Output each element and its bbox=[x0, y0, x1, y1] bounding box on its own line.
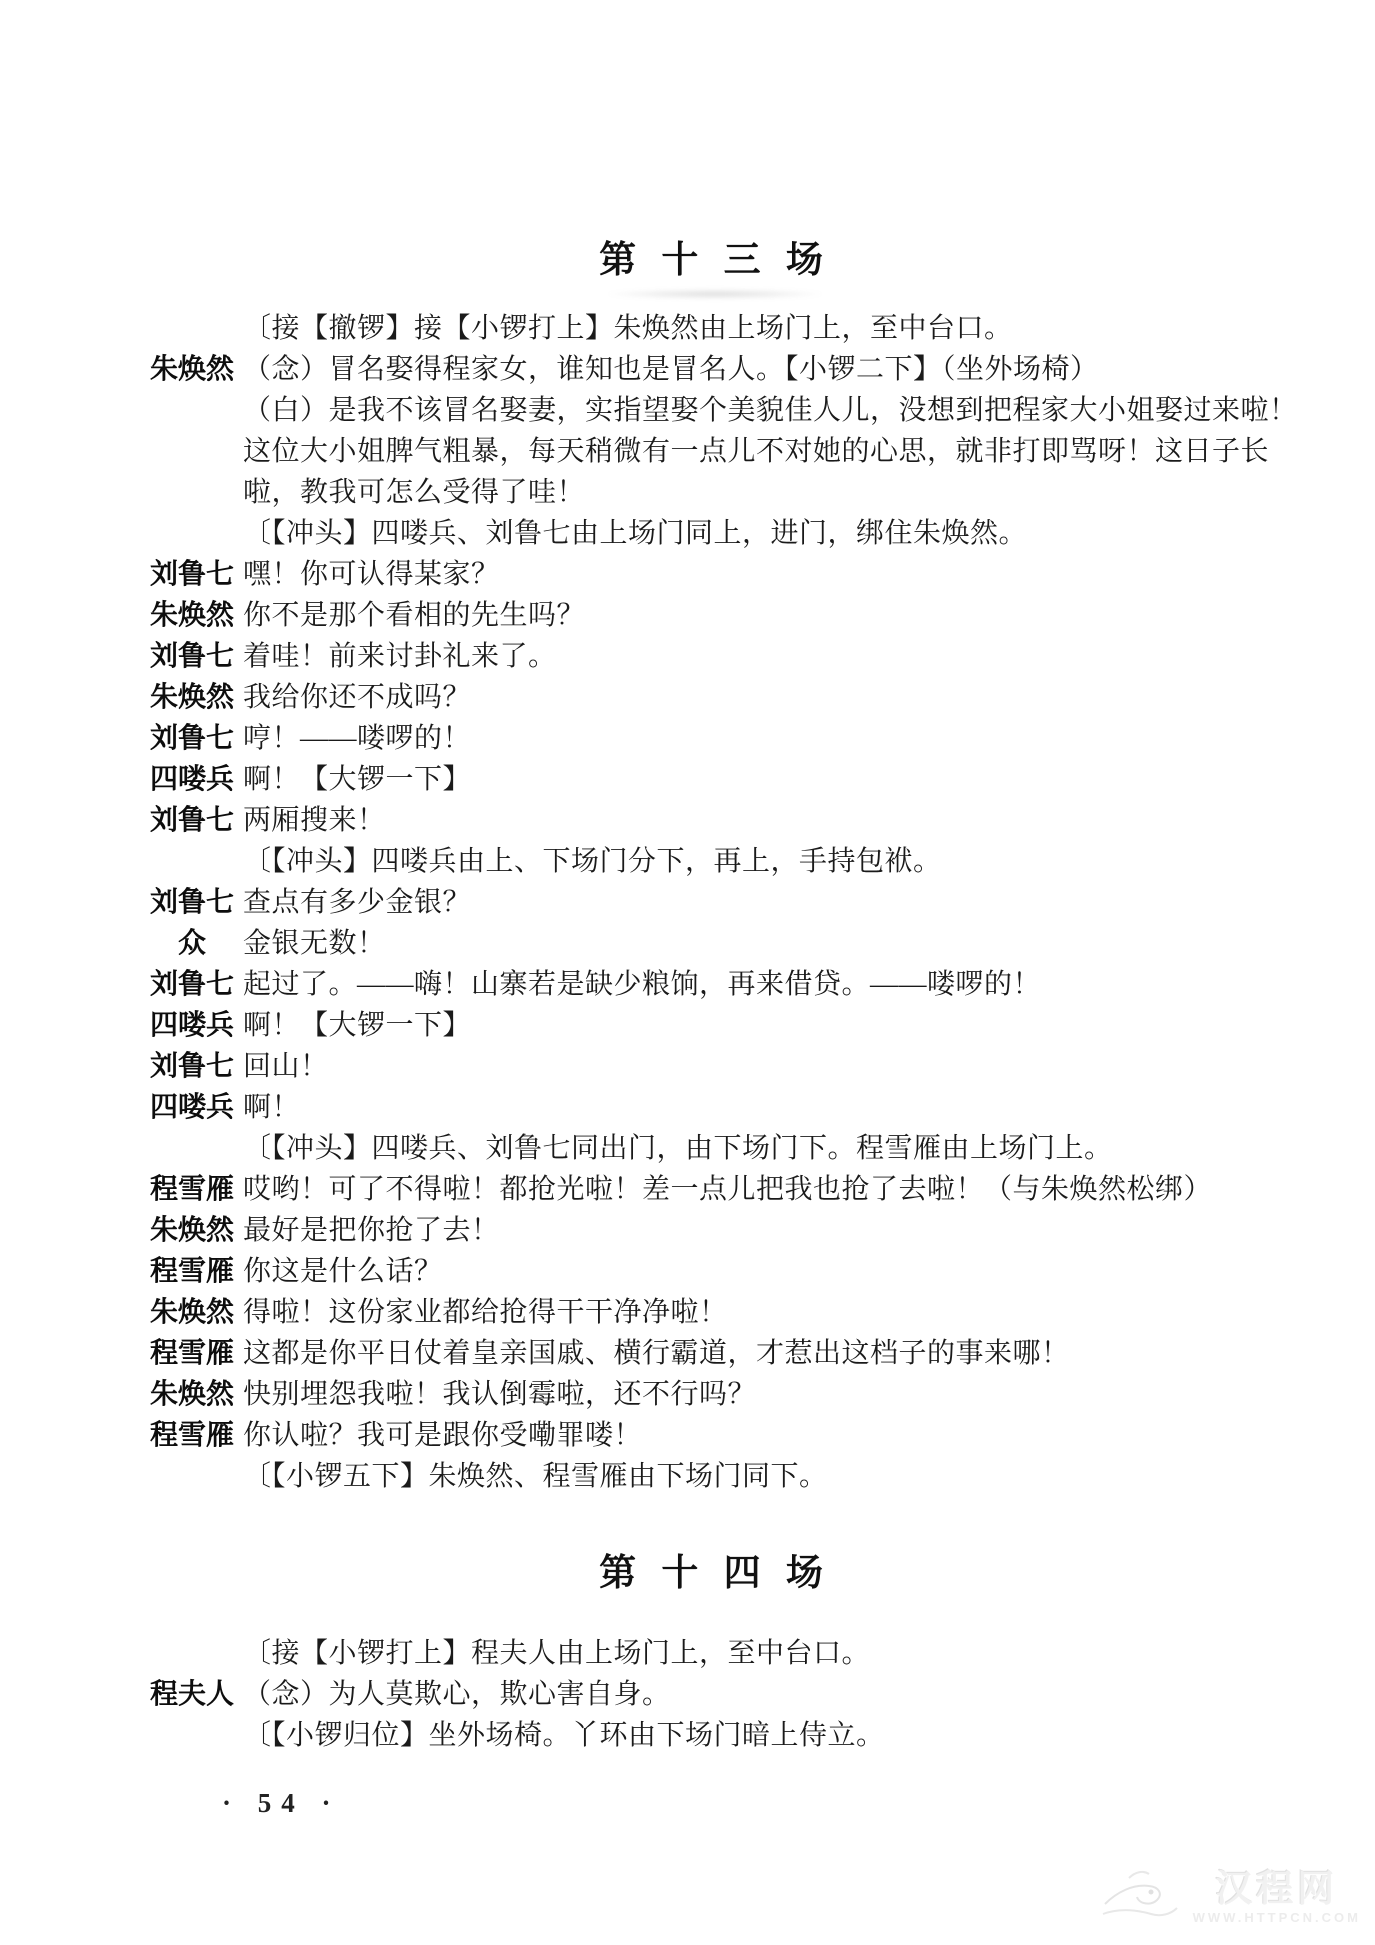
speaker-name: 四喽兵 bbox=[150, 759, 234, 800]
dialogue-line: 刘鲁七起过了。——嗨！山寨若是缺少粮饷，再来借贷。——喽啰的！ bbox=[150, 964, 1290, 1005]
speaker-name bbox=[150, 513, 234, 554]
watermark-text-block: 汉程网 WWW.HTTPCN.COM bbox=[1193, 1870, 1361, 1925]
dialogue-continuation: （白）是我不该冒名娶妻，实指望娶个美貌佳人儿，没想到把程家大小姐娶过来啦！ bbox=[150, 390, 1290, 431]
speaker-name: 四喽兵 bbox=[150, 1087, 234, 1128]
speaker-name bbox=[150, 1715, 234, 1756]
stage-direction: 〔【冲头】四喽兵由上、下场门分下，再上，手持包袱。 bbox=[150, 841, 1290, 882]
speaker-name: 刘鲁七 bbox=[150, 636, 234, 677]
line-text: 啊！【大锣一下】 bbox=[243, 759, 471, 800]
scene-14-title: 第 十 四 场 bbox=[150, 1553, 1280, 1595]
dialogue-line: 朱焕然我给你还不成吗？ bbox=[150, 677, 1290, 718]
dialogue-line: 刘鲁七嘿！你可认得某家？ bbox=[150, 554, 1290, 595]
speaker-name: 刘鲁七 bbox=[150, 554, 234, 595]
dialogue-line: 刘鲁七查点有多少金银？ bbox=[150, 882, 1290, 923]
watermark-site-name: 汉程网 bbox=[1215, 1870, 1338, 1910]
stage-direction: 〔【小锣五下】朱焕然、程雪雁由下场门同下。 bbox=[150, 1456, 1290, 1497]
speaker-name: 众 bbox=[150, 923, 234, 964]
dragon-swirl-icon bbox=[1099, 1864, 1187, 1931]
line-text: 最好是把你抢了去！ bbox=[243, 1210, 500, 1251]
dialogue-line: 程夫人（念）为人莫欺心，欺心害自身。 bbox=[150, 1674, 1290, 1715]
dialogue-line: 四喽兵啊！ bbox=[150, 1087, 1290, 1128]
line-text: 哼！——喽啰的！ bbox=[243, 718, 471, 759]
line-text: 起过了。——嗨！山寨若是缺少粮饷，再来借贷。——喽啰的！ bbox=[243, 964, 1041, 1005]
line-text: 啊！ bbox=[243, 1087, 300, 1128]
speaker-name: 朱焕然 bbox=[150, 1210, 234, 1251]
line-text: 得啦！这份家业都给抢得干干净净啦！ bbox=[243, 1292, 728, 1333]
scene-13-title: 第 十 三 场 bbox=[150, 240, 1280, 282]
watermark-site-url: WWW.HTTPCN.COM bbox=[1193, 1910, 1361, 1925]
line-text: 你不是那个看相的先生吗？ bbox=[243, 595, 585, 636]
dialogue-line: 朱焕然快别埋怨我啦！我认倒霉啦，还不行吗？ bbox=[150, 1374, 1290, 1415]
dialogue-line: 众金银无数！ bbox=[150, 923, 1290, 964]
speaker-name bbox=[150, 1633, 234, 1674]
speaker-name bbox=[150, 472, 234, 513]
dialogue-line: 四喽兵啊！【大锣一下】 bbox=[150, 1005, 1290, 1046]
dialogue-continuation: 这位大小姐脾气粗暴，每天稍微有一点儿不对她的心思，就非打即骂呀！这日子长 bbox=[150, 431, 1290, 472]
scene-14: 第 十 四 场 〔接【小锣打上】程夫人由上场门上，至中台口。 程夫人（念）为人莫… bbox=[150, 1553, 1290, 1756]
line-text: 〔接【撤锣】接【小锣打上】朱焕然由上场门上，至中台口。 bbox=[243, 308, 1013, 349]
dialogue-line: 刘鲁七两厢搜来！ bbox=[150, 800, 1290, 841]
line-text: 〔【小锣归位】坐外场椅。丫环由下场门暗上侍立。 bbox=[243, 1715, 885, 1756]
dialogue-line: 程雪雁这都是你平日仗着皇亲国戚、横行霸道，才惹出这档子的事来哪！ bbox=[150, 1333, 1290, 1374]
line-text: 〔接【小锣打上】程夫人由上场门上，至中台口。 bbox=[243, 1633, 870, 1674]
line-text: 我给你还不成吗？ bbox=[243, 677, 471, 718]
stage-direction: 〔接【小锣打上】程夫人由上场门上，至中台口。 bbox=[150, 1633, 1290, 1674]
stage-direction: 〔接【撤锣】接【小锣打上】朱焕然由上场门上，至中台口。 bbox=[150, 308, 1290, 349]
line-text: 哎哟！可了不得啦！都抢光啦！差一点儿把我也抢了去啦！（与朱焕然松绑） bbox=[243, 1169, 1212, 1210]
line-text: 〔【小锣五下】朱焕然、程雪雁由下场门同下。 bbox=[243, 1456, 828, 1497]
speaker-name: 刘鲁七 bbox=[150, 718, 234, 759]
page-number: · 54 · bbox=[222, 1788, 341, 1819]
speaker-name bbox=[150, 308, 234, 349]
scene-13: 第 十 三 场 〔接【撤锣】接【小锣打上】朱焕然由上场门上，至中台口。 朱焕然（… bbox=[150, 240, 1290, 1497]
dialogue-line: 程雪雁你认啦？我可是跟你受嘞罪喽！ bbox=[150, 1415, 1290, 1456]
page-content: 第 十 三 场 〔接【撤锣】接【小锣打上】朱焕然由上场门上，至中台口。 朱焕然（… bbox=[150, 240, 1290, 1756]
speaker-name: 程雪雁 bbox=[150, 1333, 234, 1374]
speaker-name bbox=[150, 1128, 234, 1169]
dialogue-line: 程雪雁哎哟！可了不得啦！都抢光啦！差一点儿把我也抢了去啦！（与朱焕然松绑） bbox=[150, 1169, 1290, 1210]
stage-direction: 〔【冲头】四喽兵、刘鲁七由上场门同上，进门，绑住朱焕然。 bbox=[150, 513, 1290, 554]
stage-direction: 〔【小锣归位】坐外场椅。丫环由下场门暗上侍立。 bbox=[150, 1715, 1290, 1756]
line-text: 啊！【大锣一下】 bbox=[243, 1005, 471, 1046]
speaker-name bbox=[150, 431, 234, 472]
line-text: 啦，教我可怎么受得了哇！ bbox=[243, 472, 585, 513]
speaker-name bbox=[150, 390, 234, 431]
line-text: （念）为人莫欺心，欺心害自身。 bbox=[243, 1674, 671, 1715]
speaker-name: 刘鲁七 bbox=[150, 800, 234, 841]
line-text: 这都是你平日仗着皇亲国戚、横行霸道，才惹出这档子的事来哪！ bbox=[243, 1333, 1070, 1374]
dialogue-continuation: 啦，教我可怎么受得了哇！ bbox=[150, 472, 1290, 513]
line-text: 金银无数！ bbox=[243, 923, 386, 964]
line-text: 嘿！你可认得某家？ bbox=[243, 554, 500, 595]
dialogue-line: 刘鲁七哼！——喽啰的！ bbox=[150, 718, 1290, 759]
line-text: 你这是什么话？ bbox=[243, 1251, 443, 1292]
dialogue-line: 刘鲁七着哇！前来讨卦礼来了。 bbox=[150, 636, 1290, 677]
speaker-name: 程雪雁 bbox=[150, 1251, 234, 1292]
speaker-name: 刘鲁七 bbox=[150, 1046, 234, 1087]
dialogue-line: 刘鲁七回山！ bbox=[150, 1046, 1290, 1087]
dialogue-line: 朱焕然你不是那个看相的先生吗？ bbox=[150, 595, 1290, 636]
stage-direction: 〔【冲头】四喽兵、刘鲁七同出门，由下场门下。程雪雁由上场门上。 bbox=[150, 1128, 1290, 1169]
line-text: 〔【冲头】四喽兵、刘鲁七同出门，由下场门下。程雪雁由上场门上。 bbox=[243, 1128, 1113, 1169]
dialogue-line: 朱焕然得啦！这份家业都给抢得干干净净啦！ bbox=[150, 1292, 1290, 1333]
speaker-name bbox=[150, 1456, 234, 1497]
speaker-name bbox=[150, 841, 234, 882]
dialogue-line: 朱焕然（念）冒名娶得程家女，谁知也是冒名人。【小锣二下】（坐外场椅） bbox=[150, 349, 1290, 390]
speaker-name: 刘鲁七 bbox=[150, 882, 234, 923]
dialogue-line: 朱焕然最好是把你抢了去！ bbox=[150, 1210, 1290, 1251]
script-page: 第 十 三 场 〔接【撤锣】接【小锣打上】朱焕然由上场门上，至中台口。 朱焕然（… bbox=[0, 0, 1375, 1945]
line-text: 快别埋怨我啦！我认倒霉啦，还不行吗？ bbox=[243, 1374, 756, 1415]
scene-13-lines: 〔接【撤锣】接【小锣打上】朱焕然由上场门上，至中台口。 朱焕然（念）冒名娶得程家… bbox=[150, 308, 1290, 1497]
speaker-name: 程夫人 bbox=[150, 1674, 234, 1715]
scene-14-lines: 〔接【小锣打上】程夫人由上场门上，至中台口。 程夫人（念）为人莫欺心，欺心害自身… bbox=[150, 1633, 1290, 1756]
line-text: 查点有多少金银？ bbox=[243, 882, 471, 923]
line-text: （白）是我不该冒名娶妻，实指望娶个美貌佳人儿，没想到把程家大小姐娶过来啦！ bbox=[243, 390, 1298, 431]
line-text: 两厢搜来！ bbox=[243, 800, 386, 841]
line-text: 〔【冲头】四喽兵、刘鲁七由上场门同上，进门，绑住朱焕然。 bbox=[243, 513, 1027, 554]
speaker-name: 朱焕然 bbox=[150, 1292, 234, 1333]
line-text: 你认啦？我可是跟你受嘞罪喽！ bbox=[243, 1415, 642, 1456]
line-text: （念）冒名娶得程家女，谁知也是冒名人。【小锣二下】（坐外场椅） bbox=[243, 349, 1099, 390]
speaker-name: 朱焕然 bbox=[150, 1374, 234, 1415]
speaker-name: 四喽兵 bbox=[150, 1005, 234, 1046]
speaker-name: 朱焕然 bbox=[150, 595, 234, 636]
line-text: 这位大小姐脾气粗暴，每天稍微有一点儿不对她的心思，就非打即骂呀！这日子长 bbox=[243, 431, 1269, 472]
speaker-name: 朱焕然 bbox=[150, 677, 234, 718]
speaker-name: 朱焕然 bbox=[150, 349, 234, 390]
line-text: 着哇！前来讨卦礼来了。 bbox=[243, 636, 557, 677]
line-text: 回山！ bbox=[243, 1046, 329, 1087]
speaker-name: 刘鲁七 bbox=[150, 964, 234, 1005]
line-text: 〔【冲头】四喽兵由上、下场门分下，再上，手持包袱。 bbox=[243, 841, 942, 882]
dialogue-line: 程雪雁你这是什么话？ bbox=[150, 1251, 1290, 1292]
dialogue-line: 四喽兵啊！【大锣一下】 bbox=[150, 759, 1290, 800]
watermark: 汉程网 WWW.HTTPCN.COM bbox=[1099, 1864, 1361, 1931]
speaker-name: 程雪雁 bbox=[150, 1415, 234, 1456]
speaker-name: 程雪雁 bbox=[150, 1169, 234, 1210]
